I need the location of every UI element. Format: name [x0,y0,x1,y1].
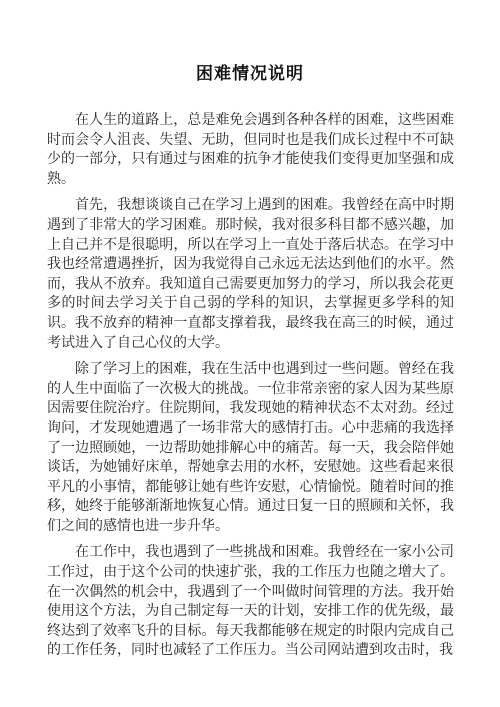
paragraph-intro: 在人生的道路上，总是难免会遇到各种各样的困难，这些困难时而会令人沮丧、失望、无助… [47,111,454,189]
paragraph-life-difficulty: 除了学习上的困难，我在生活中也遇到过一些问题。曾经在我的人生中面临了一次极大的挑… [47,360,454,536]
document-title: 困难情况说明 [0,61,500,87]
document-page: 困难情况说明 在人生的道路上，总是难免会遇到各种各样的困难，这些困难时而会令人沮… [0,0,500,707]
paragraph-study-difficulty: 首先，我想谈谈自己在学习上遇到的困难。我曾经在高中时期遇到了非常大的学习困难。那… [47,196,454,353]
paragraph-work-difficulty: 在工作中，我也遇到了一些挑战和困难。我曾经在一家小公司工作过，由于这个公司的快速… [47,543,454,661]
document-body: 在人生的道路上，总是难免会遇到各种各样的困难，这些困难时而会令人沮丧、失望、无助… [47,111,454,661]
